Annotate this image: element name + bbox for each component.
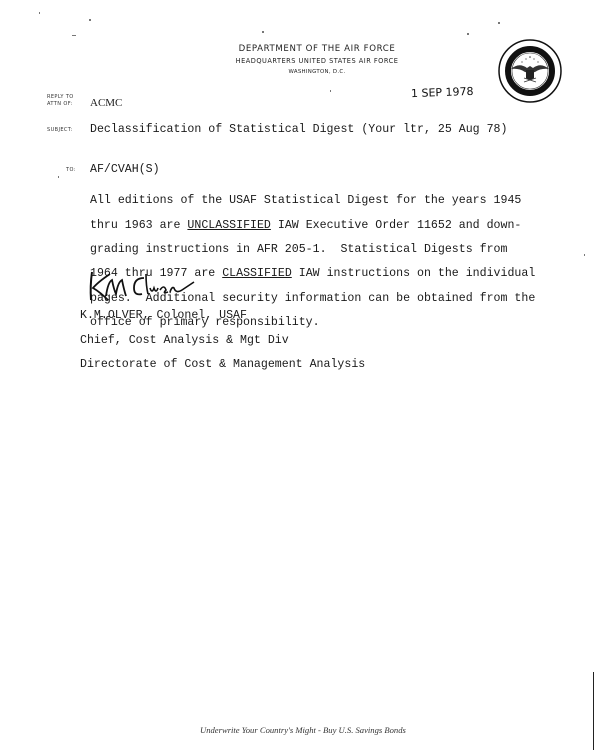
scan-speck — [89, 19, 91, 21]
body-line: grading instructions in AFR 205-1. Stati… — [90, 244, 535, 256]
to-value: AF/CVAH(S) — [90, 163, 160, 176]
reply-to-value: ACMC — [90, 97, 122, 109]
scan-speck — [58, 176, 59, 178]
scan-speck — [498, 22, 500, 24]
body-text: IAW instructions on the individual — [292, 267, 536, 280]
signature-block: K.M.OLVER, Colonel, USAF Chief, Cost Ana… — [80, 298, 365, 383]
footer-slogan: Underwrite Your Country's Might - Buy U.… — [200, 725, 406, 735]
scan-speck — [330, 90, 331, 92]
scan-speck — [584, 254, 585, 256]
scan-speck — [39, 12, 40, 14]
reply-to-label-line1: REPLY TO — [47, 94, 74, 101]
unclassified-underlined: UNCLASSIFIED — [187, 219, 271, 232]
dod-seal — [497, 38, 563, 104]
body-line: thru 1963 are UNCLASSIFIED IAW Executive… — [90, 220, 535, 232]
scan-speck — [262, 31, 264, 33]
signer-name: K.M.OLVER, Colonel, USAF — [80, 310, 365, 322]
body-text: thru 1963 are — [90, 219, 187, 232]
body-line: All editions of the USAF Statistical Dig… — [90, 195, 535, 207]
signer-title: Chief, Cost Analysis & Mgt Div — [80, 335, 365, 347]
body-text: IAW Executive Order 11652 and down- — [271, 219, 521, 232]
department-of-defense-seal-icon — [497, 38, 563, 104]
reply-to-label-line2: ATTN OF: — [47, 101, 74, 108]
date-stamp: 1 SEP 1978 — [411, 85, 474, 100]
signer-organization: Directorate of Cost & Management Analysi… — [80, 359, 365, 371]
to-label: TO: — [66, 167, 76, 173]
scan-edge-line — [593, 672, 594, 750]
classified-underlined: CLASSIFIED — [222, 267, 292, 280]
subject-label: SUBJECT: — [47, 127, 73, 133]
scan-speck — [467, 33, 469, 35]
reply-to-label: REPLY TO ATTN OF: — [47, 94, 74, 108]
subject-value: Declassification of Statistical Digest (… — [90, 123, 507, 136]
scan-speck — [72, 35, 76, 36]
